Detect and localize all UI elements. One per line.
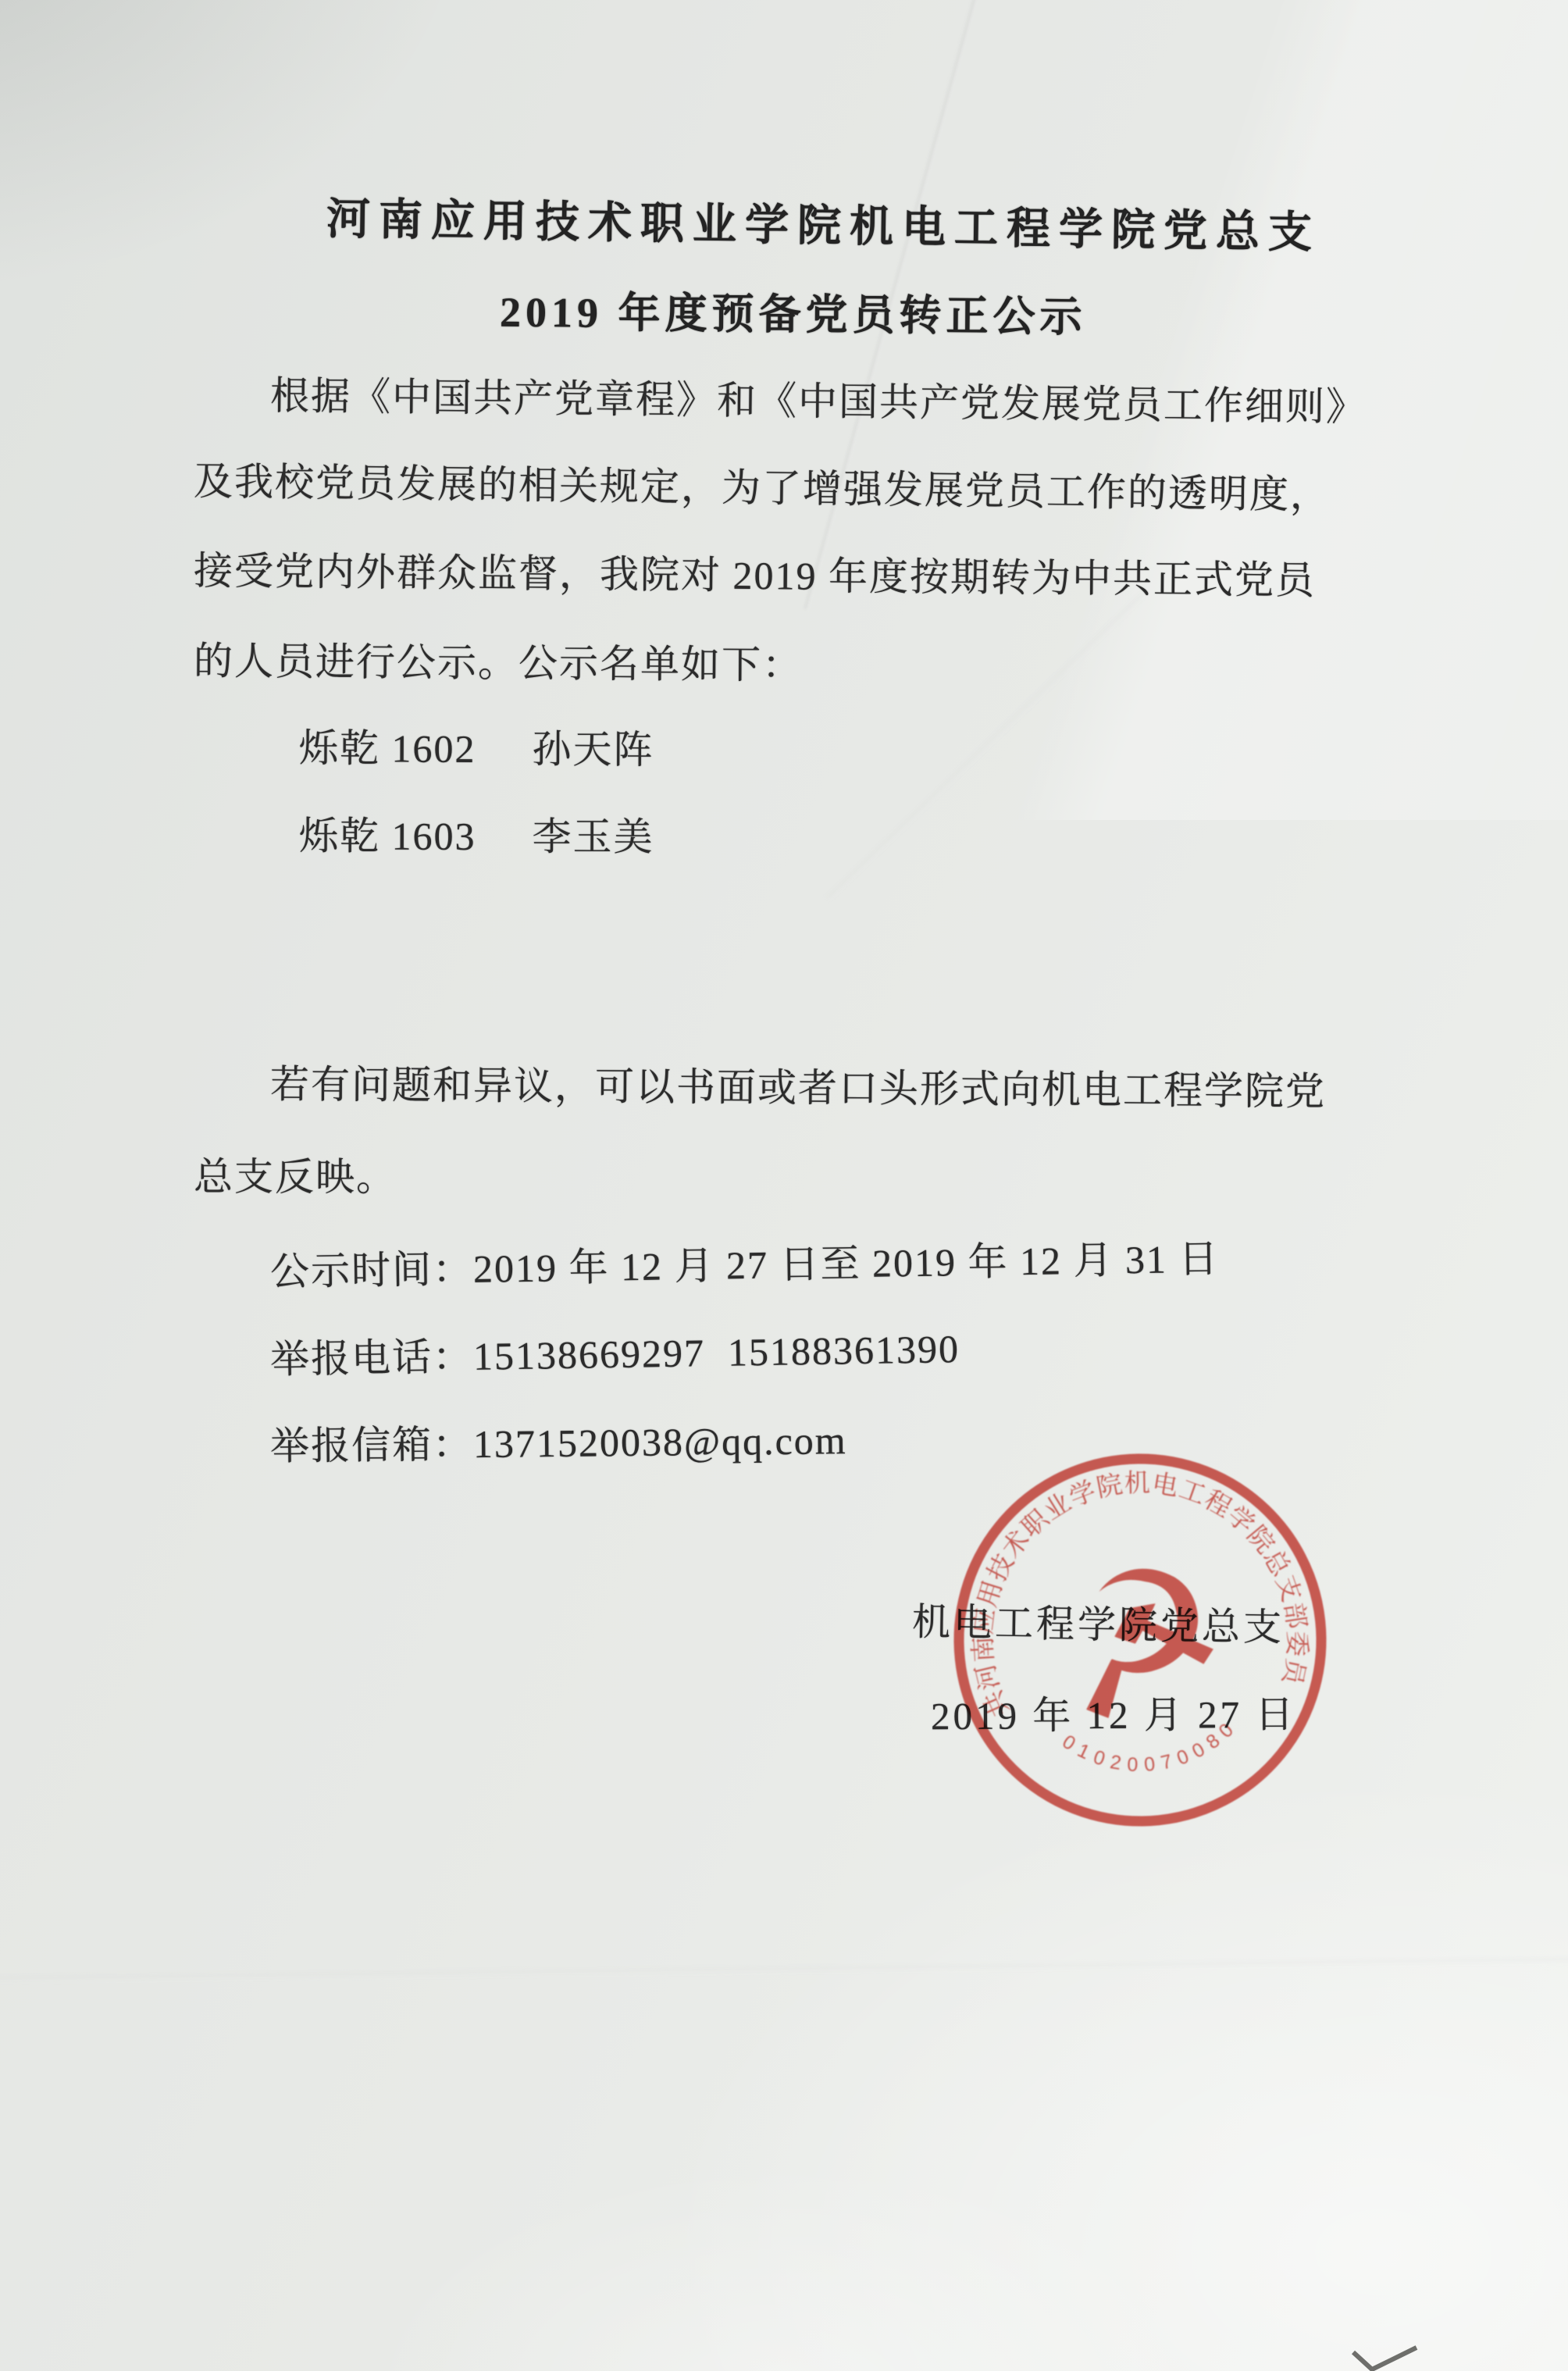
name-row: 烁乾 1602孙天阵 bbox=[299, 729, 654, 769]
class-number: 烁乾 1603 bbox=[299, 816, 476, 856]
doc-title-line1: 河南应用技术职业学院机电工程学院党总支 bbox=[326, 198, 1321, 255]
appeal-line-2: 总支反映。 bbox=[194, 1157, 397, 1196]
report-phone-line: 举报电话：15138669297 15188361390 bbox=[270, 1329, 960, 1379]
doc-title-line2: 2019 年度预备党员转正公示 bbox=[500, 291, 1087, 339]
spacer bbox=[476, 729, 532, 768]
class-number: 烁乾 1602 bbox=[299, 729, 476, 768]
photographed-document: 河南应用技术职业学院机电工程学院党总支 2019 年度预备党员转正公示 根据《中… bbox=[0, 0, 1568, 2371]
body-line-3: 接受党内外群众监督，我院对 2019 年度按期转为中共正式党员 bbox=[194, 551, 1316, 601]
appeal-line-1: 若有问题和异议，可以书面或者口头形式向机电工程学院党 bbox=[270, 1064, 1326, 1111]
spacer bbox=[476, 817, 532, 856]
member-name: 李玉美 bbox=[532, 817, 654, 857]
official-red-seal: 中共河南应用技术职业学院机电工程学院总支部委员会 ☭ 01020070080 bbox=[921, 1421, 1360, 1859]
body-line-2: 及我校党员发展的相关规定，为了增强发展党员工作的透明度， bbox=[194, 462, 1331, 515]
publicity-period-line: 公示时间：2019 年 12 月 27 日至 2019 年 12 月 31 日 bbox=[270, 1239, 1220, 1292]
body-line-1: 根据《中国共产党章程》和《中国共产党发展党员工作细则》 bbox=[270, 376, 1367, 427]
paper-crease-right bbox=[827, 594, 1143, 899]
paper-crease-bottom bbox=[0, 1958, 1568, 1981]
member-name: 孙天阵 bbox=[532, 729, 654, 769]
body-line-4: 的人员进行公示。公示名单如下： bbox=[194, 641, 803, 684]
report-email-line: 举报信箱：1371520038@qq.com bbox=[270, 1421, 847, 1466]
name-row: 烁乾 1603李玉美 bbox=[299, 816, 654, 857]
